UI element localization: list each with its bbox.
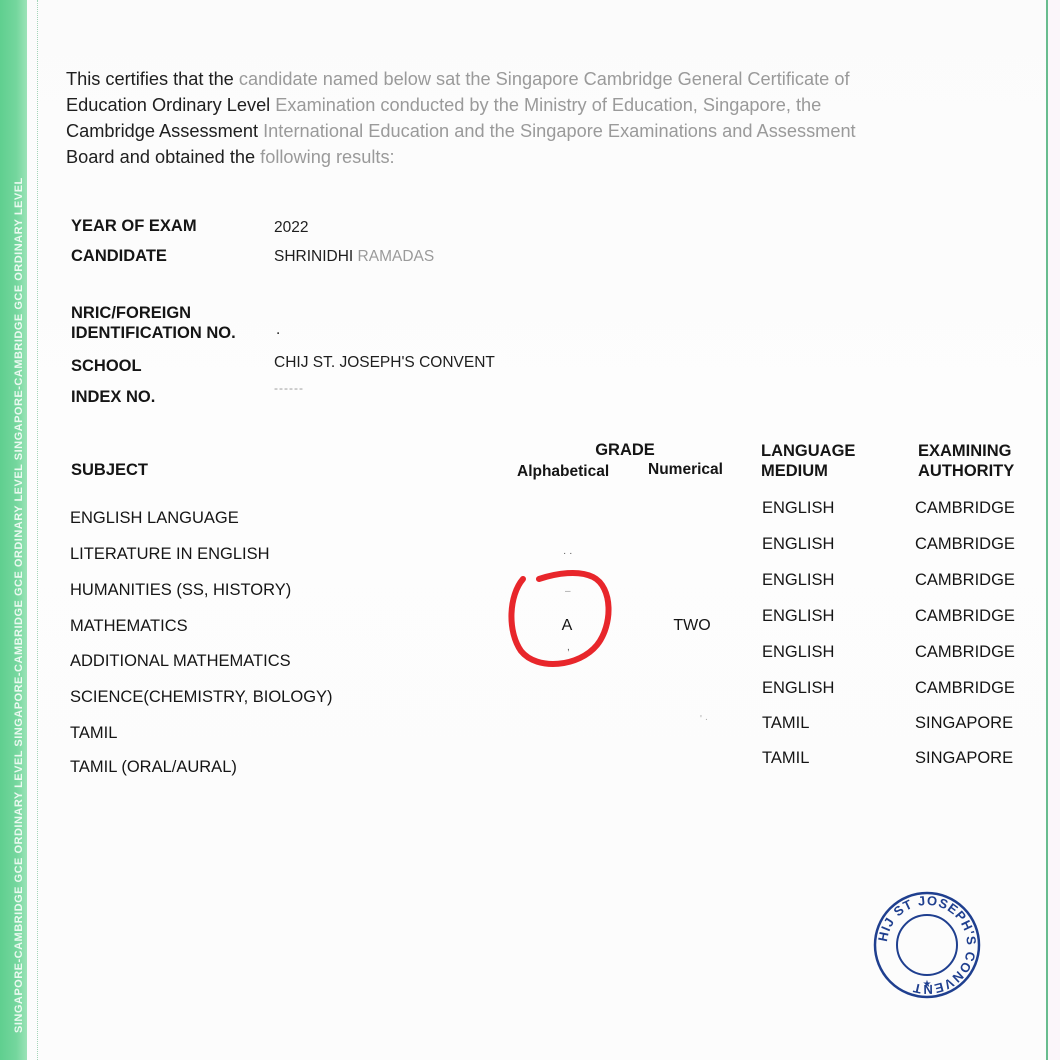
language-medium: ENGLISH	[762, 678, 834, 698]
subject-name: ADDITIONAL MATHEMATICS	[70, 651, 291, 671]
header-grade: GRADE	[585, 440, 665, 460]
language-medium: ENGLISH	[762, 498, 834, 518]
school-label: SCHOOL	[71, 356, 142, 376]
border-microprint: SINGAPORE-CAMBRIDGE GCE ORDINARY LEVEL S…	[13, 177, 25, 1033]
examining-authority: CAMBRIDGE	[915, 606, 1015, 626]
perforation-line	[37, 0, 38, 1060]
right-edge-tint	[1048, 0, 1060, 1060]
nric-label: NRIC/FOREIGN IDENTIFICATION NO.	[71, 303, 236, 343]
language-medium: ENGLISH	[762, 534, 834, 554]
subject-name: MATHEMATICS	[70, 616, 188, 636]
header-subject: SUBJECT	[71, 460, 148, 480]
intro-line-4: Board and obtained the following results…	[66, 144, 996, 170]
header-language-medium: LANGUAGE MEDIUM	[761, 441, 855, 481]
header-examining-authority: EXAMINING AUTHORITY	[918, 441, 1014, 481]
candidate-label: CANDIDATE	[71, 246, 167, 266]
subject-name: LITERATURE IN ENGLISH	[70, 544, 270, 564]
header-grade-alphabetical: Alphabetical	[517, 462, 609, 482]
subject-name: SCIENCE(CHEMISTRY, BIOLOGY)	[70, 687, 333, 707]
candidate-name: SHRINIDHI RAMADAS	[274, 247, 434, 267]
subject-name: TAMIL	[70, 723, 117, 743]
security-border-strip: SINGAPORE-CAMBRIDGE GCE ORDINARY LEVEL S…	[0, 0, 27, 1060]
header-grade-numerical: Numerical	[648, 460, 723, 480]
year-of-exam-label: YEAR OF EXAM	[71, 216, 197, 236]
examining-authority: CAMBRIDGE	[915, 498, 1015, 518]
examining-authority: CAMBRIDGE	[915, 642, 1015, 662]
subject-name: TAMIL (ORAL/AURAL)	[70, 757, 237, 777]
certification-statement: This certifies that the candidate named …	[66, 66, 996, 170]
nric-value: .	[276, 320, 280, 340]
intro-line-1: This certifies that the candidate named …	[66, 66, 996, 92]
school-value: CHIJ ST. JOSEPH'S CONVENT	[274, 353, 495, 373]
language-medium: ENGLISH	[762, 606, 834, 626]
scan-speck: · ·	[563, 548, 572, 559]
language-medium: TAMIL	[762, 713, 809, 733]
index-no-value: ------	[274, 378, 304, 398]
examining-authority: SINGAPORE	[915, 713, 1013, 733]
red-circle-annotation	[505, 565, 620, 675]
scan-speck: ' ·	[700, 714, 708, 725]
index-no-label: INDEX NO.	[71, 387, 155, 407]
intro-line-3: Cambridge Assessment International Educa…	[66, 118, 996, 144]
language-medium: ENGLISH	[762, 570, 834, 590]
examining-authority: CAMBRIDGE	[915, 534, 1015, 554]
result-slip-page: SINGAPORE-CAMBRIDGE GCE ORDINARY LEVEL S…	[0, 0, 1060, 1060]
examining-authority: SINGAPORE	[915, 748, 1013, 768]
subject-name: ENGLISH LANGUAGE	[70, 508, 239, 528]
examining-authority: CAMBRIDGE	[915, 678, 1015, 698]
grade-numerical: TWO	[652, 616, 732, 636]
examining-authority: CAMBRIDGE	[915, 570, 1015, 590]
intro-line-2: Education Ordinary Level Examination con…	[66, 92, 996, 118]
stamp-star-icon: ★	[923, 979, 932, 990]
school-stamp: CHIJ ST JOSEPH'S CONVENT ★	[872, 890, 982, 1000]
language-medium: TAMIL	[762, 748, 809, 768]
language-medium: ENGLISH	[762, 642, 834, 662]
year-of-exam-value: 2022	[274, 218, 308, 238]
subject-name: HUMANITIES (SS, HISTORY)	[70, 580, 291, 600]
